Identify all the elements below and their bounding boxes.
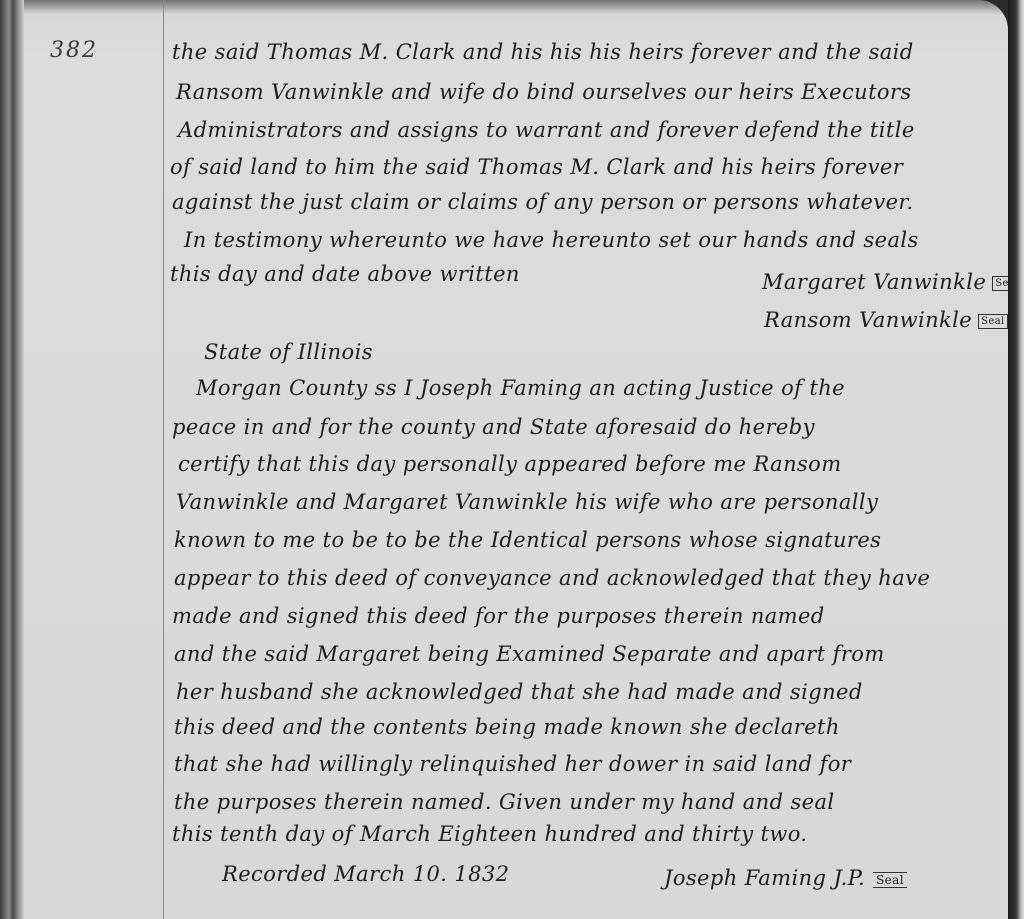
acknowledgment-heading: State of Illinois — [204, 340, 373, 364]
seal-mark: Seal — [873, 872, 907, 888]
ack-line: her husband she acknowledged that she ha… — [176, 680, 863, 704]
testimony-line: In testimony whereunto we have hereunto … — [184, 228, 919, 252]
ack-line: this deed and the contents being made kn… — [174, 715, 840, 739]
signature-name: Joseph Faming J.P. — [664, 866, 865, 890]
ack-line: known to me to be to be the Identical pe… — [174, 528, 881, 552]
deed-line: Administrators and assigns to warrant an… — [178, 118, 915, 142]
ack-line: appear to this deed of conveyance and ac… — [174, 566, 930, 590]
testimony-line: this day and date above written — [170, 262, 520, 286]
ack-line: and the said Margaret being Examined Sep… — [174, 642, 885, 666]
recorded-date: Recorded March 10. 1832 — [222, 862, 509, 886]
signature-ransom: Ransom VanwinkleSeal — [764, 308, 1008, 332]
deed-line: the said Thomas M. Clark and his his his… — [172, 40, 914, 64]
page-number: 382 — [50, 38, 98, 63]
ack-line: certify that this day personally appeare… — [178, 452, 842, 476]
ack-line: Vanwinkle and Margaret Vanwinkle his wif… — [176, 490, 878, 514]
margin-rule — [163, 0, 164, 919]
signature-name: Ransom Vanwinkle — [764, 308, 972, 332]
signature-name: Margaret Vanwinkle — [762, 270, 986, 294]
signature-margaret: Margaret VanwinkleSeal — [762, 270, 1008, 294]
deed-line: Ransom Vanwinkle and wife do bind oursel… — [176, 80, 912, 104]
deed-line: of said land to him the said Thomas M. C… — [170, 155, 903, 179]
ack-line: that she had willingly relinquished her … — [174, 752, 851, 776]
ack-line: made and signed this deed for the purpos… — [172, 604, 825, 628]
book-binding-edge — [1008, 0, 1024, 919]
ledger-page: 382 the said Thomas M. Clark and his his… — [0, 0, 1008, 919]
seal-mark: Seal — [978, 314, 1008, 329]
ack-line: this tenth day of March Eighteen hundred… — [172, 822, 808, 846]
deed-line: against the just claim or claims of any … — [172, 190, 914, 214]
justice-signature: Joseph Faming J.P.Seal — [664, 866, 907, 890]
ack-line: Morgan County ss I Joseph Faming an acti… — [196, 376, 845, 400]
page-left-edge — [0, 0, 24, 919]
ack-line: peace in and for the county and State af… — [172, 415, 815, 439]
seal-mark: Seal — [992, 276, 1008, 291]
ack-line: the purposes therein named. Given under … — [174, 790, 835, 814]
